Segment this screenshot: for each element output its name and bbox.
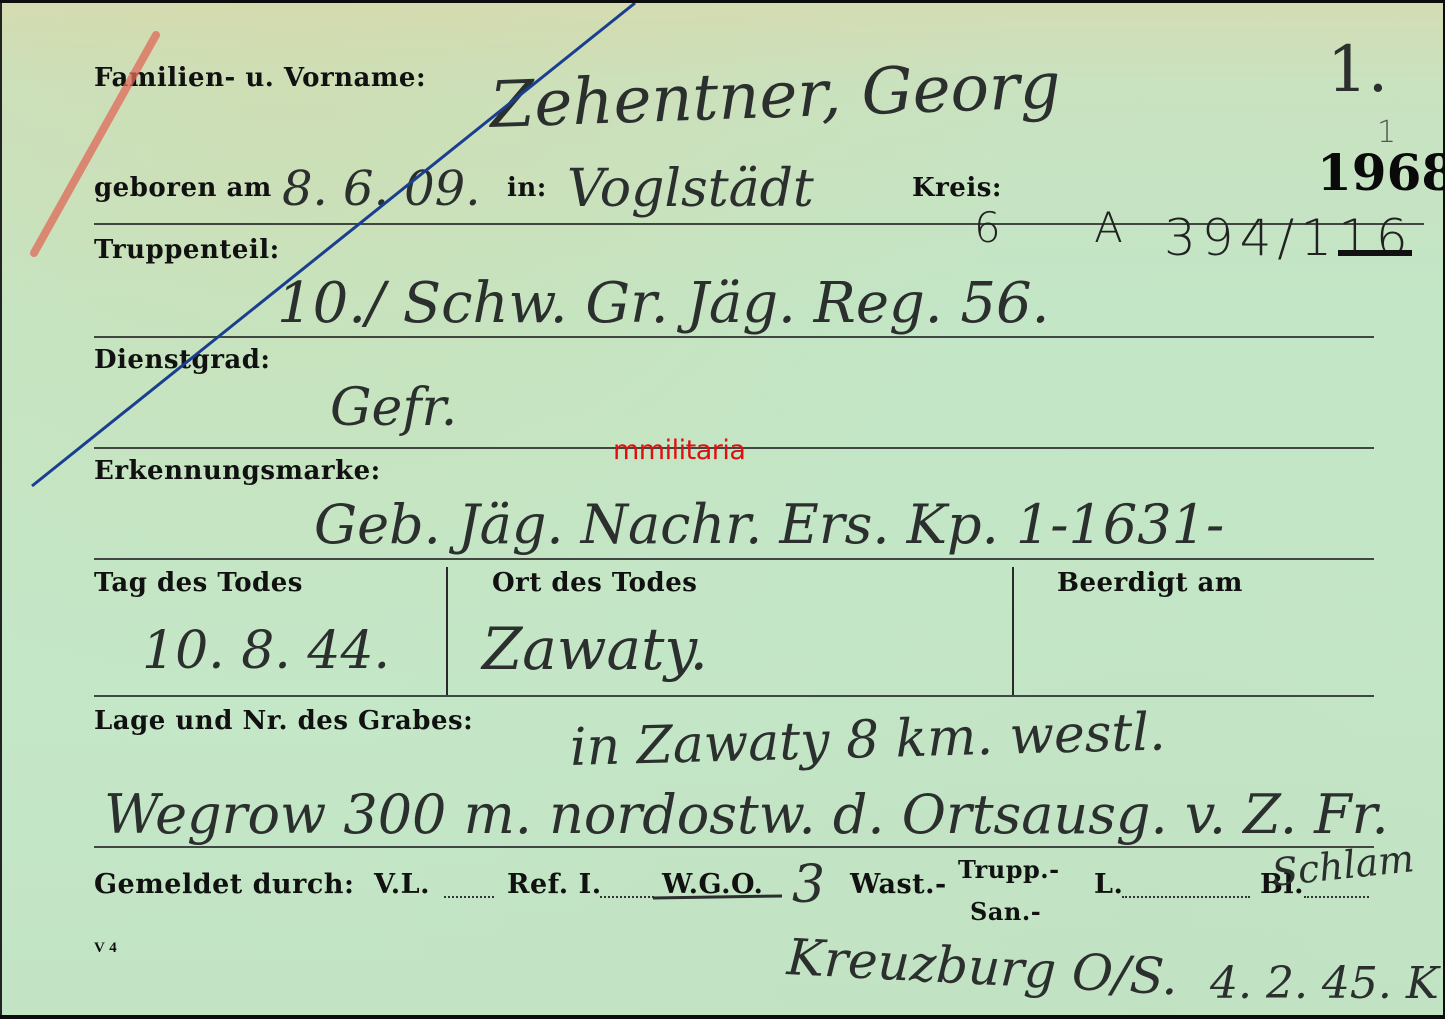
label-name: Familien- u. Vorname: <box>94 63 426 93</box>
label-san: San.- <box>970 897 1041 926</box>
value-reporter-place: Kreuzburg O/S. <box>785 928 1179 1006</box>
label-l: L. <box>1094 869 1123 900</box>
column-divider <box>1012 567 1014 695</box>
column-divider <box>446 567 448 695</box>
dotted-field <box>1122 896 1250 898</box>
label-wgo: W.G.O. <box>662 869 763 900</box>
label-buried-on: Beerdigt am <box>1057 568 1243 598</box>
year-mark: 1968 <box>1317 143 1445 202</box>
label-grave-location: Lage und Nr. des Grabes: <box>94 706 473 736</box>
label-vl: V.L. <box>374 869 430 900</box>
value-born-on: 8. 6. 09. <box>282 161 480 217</box>
label-wast: Wast.- <box>850 869 947 900</box>
divider-line <box>94 695 1374 697</box>
divider-line <box>94 336 1374 338</box>
label-reported-by: Gemeldet durch: <box>94 869 354 900</box>
death-record-card: Familien- u. Vorname: Zehentner, Georg g… <box>0 3 1443 1015</box>
label-unit: Truppenteil: <box>94 235 280 265</box>
label-trupp: Trupp.- <box>958 855 1060 884</box>
value-place-of-death: Zawaty. <box>482 615 708 683</box>
value-grave-line2: Wegrow 300 m. nordostw. d. Ortsausg. v. … <box>104 783 1389 846</box>
label-district: Kreis: <box>912 173 1002 203</box>
dotted-field <box>1304 896 1369 898</box>
dotted-field <box>600 896 654 898</box>
file-code: 394/116 <box>1164 209 1414 267</box>
label-place-of-death: Ort des Todes <box>492 568 697 598</box>
divider-line <box>94 558 1374 560</box>
label-id-tag: Erkennungsmarke: <box>94 456 381 486</box>
value-rank: Gefr. <box>330 378 457 438</box>
corner-number: 1. <box>1327 33 1388 107</box>
label-ref: Ref. I. <box>507 869 602 900</box>
value-reporter-date: 4. 2. 45. K <box>1210 958 1439 1009</box>
value-unit: 10./ Schw. Gr. Jäg. Reg. 56. <box>277 271 1049 336</box>
value-wgo-mark: 3 <box>792 855 825 915</box>
label-date-of-death: Tag des Todes <box>94 568 303 598</box>
value-name: Zehentner, Georg <box>489 49 1062 143</box>
dotted-field <box>444 896 494 898</box>
form-code: V 4 <box>94 940 117 957</box>
value-id-tag: Geb. Jäg. Nachr. Ers. Kp. 1-1631- <box>314 493 1224 556</box>
file-code-left: 6 A <box>974 203 1163 252</box>
value-born-in: Voglstädt <box>567 159 814 219</box>
watermark: mmilitaria <box>613 435 745 466</box>
divider-line <box>94 846 1374 848</box>
label-born-in: in: <box>507 173 547 203</box>
label-rank: Dienstgrad: <box>94 345 271 375</box>
value-grave-line1: in Zawaty 8 km. westl. <box>569 702 1166 778</box>
value-date-of-death: 10. 8. 44. <box>142 621 390 681</box>
label-born-on: geboren am <box>94 173 272 203</box>
